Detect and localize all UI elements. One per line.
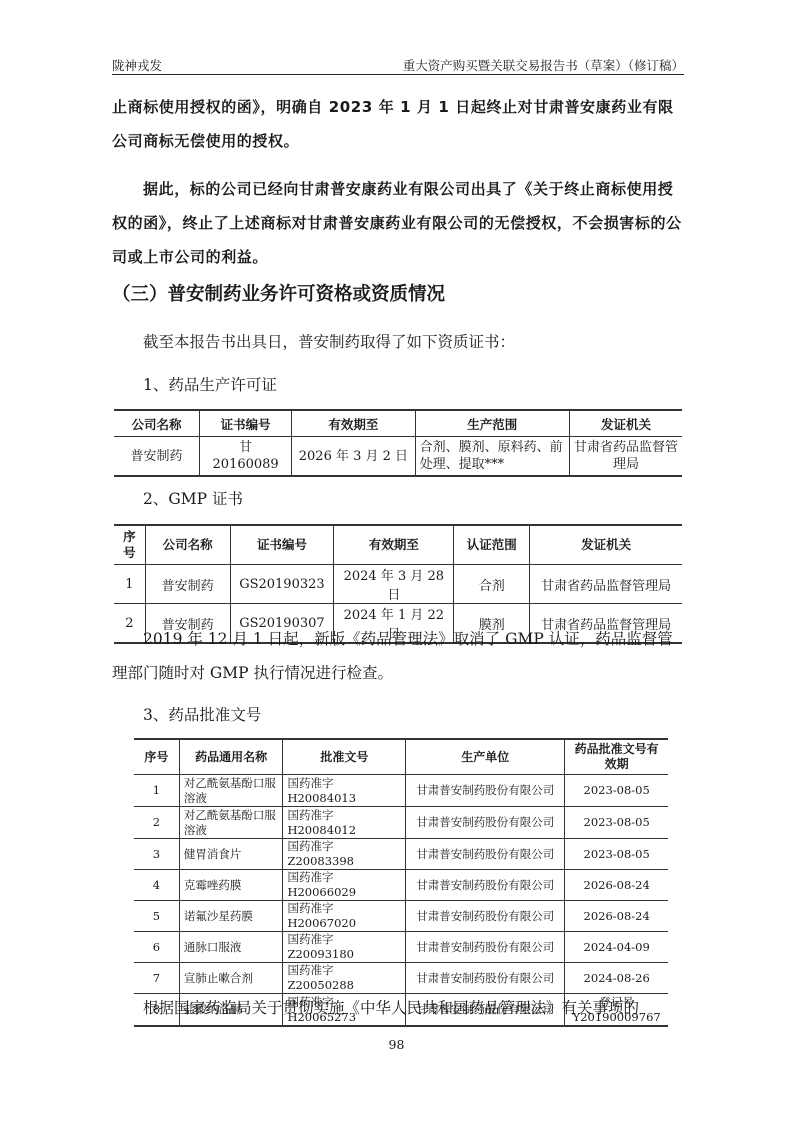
table-row: 5 诺氟沙星药膜 国药准字 H20067020 甘肃普安制药股份有限公司 202… (134, 901, 668, 932)
cell: 2024-04-09 (565, 932, 668, 963)
table-row: 1 对乙酰氨基酚口服溶液 国药准字 H20084013 甘肃普安制药股份有限公司… (134, 775, 668, 807)
cell: 合剂、膜剂、原料药、前处理、提取*** (415, 437, 569, 477)
col-header: 公司名称 (114, 410, 200, 437)
col-header: 生产单位 (406, 739, 565, 775)
col-header: 序号 (134, 739, 179, 775)
col-header: 证书编号 (200, 410, 292, 437)
cell: 诺氟沙星药膜 (179, 901, 283, 932)
subheading-production-license: 1、药品生产许可证 (143, 373, 277, 395)
table-row: 2 对乙酰氨基酚口服溶液 国药准字 H20084012 甘肃普安制药股份有限公司… (134, 807, 668, 839)
col-header: 生产范围 (415, 410, 569, 437)
cell: 1 (134, 775, 179, 807)
header-company: 陇神戎发 (112, 56, 162, 74)
cell: 甘肃普安制药股份有限公司 (406, 839, 565, 870)
col-header: 证书编号 (230, 525, 334, 565)
section-title: （三）普安制药业务许可资格或资质情况 (112, 280, 445, 306)
cell: 2 (134, 807, 179, 839)
cell: 甘 20160089 (200, 437, 292, 477)
cell: 国药准字 Z20093180 (283, 932, 406, 963)
table-header-row: 序号 公司名称 证书编号 有效期至 认证范围 发证机关 (114, 525, 682, 565)
cell: 2024-08-26 (565, 963, 668, 994)
cell: 对乙酰氨基酚口服溶液 (179, 775, 283, 807)
cell: 2023-08-05 (565, 775, 668, 807)
cell: GS20190323 (230, 565, 334, 604)
col-header: 认证范围 (454, 525, 530, 565)
cell: 宣肺止嗽合剂 (179, 963, 283, 994)
cell: 2023-08-05 (565, 807, 668, 839)
paragraph-conclusion: 据此，标的公司已经向甘肃普安康药业有限公司出具了《关于终止商标使用授权的函》，终… (112, 172, 684, 274)
table-row: 6 通脉口服液 国药准字 Z20093180 甘肃普安制药股份有限公司 2024… (134, 932, 668, 963)
paragraph-trademark-termination: 止商标使用授权的函》，明确自 2023 年 1 月 1 日起终止对甘肃普安康药业… (112, 90, 684, 158)
col-header: 批准文号 (283, 739, 406, 775)
cell: 5 (134, 901, 179, 932)
cell: 通脉口服液 (179, 932, 283, 963)
cell: 克霉唑药膜 (179, 870, 283, 901)
page-header: 陇神戎发 重大资产购买暨关联交易报告书（草案）（修订稿） (112, 52, 684, 75)
col-header: 发证机关 (530, 525, 682, 565)
table-row: 7 宣肺止嗽合剂 国药准字 Z20050288 甘肃普安制药股份有限公司 202… (134, 963, 668, 994)
header-document-title: 重大资产购买暨关联交易报告书（草案）（修订稿） (403, 56, 684, 74)
cell: 合剂 (454, 565, 530, 604)
cell: 国药准字 Z20050288 (283, 963, 406, 994)
cell: 甘肃普安制药股份有限公司 (406, 807, 565, 839)
subheading-gmp: 2、GMP 证书 (143, 487, 243, 509)
cell: 7 (134, 963, 179, 994)
cell: 甘肃普安制药股份有限公司 (406, 870, 565, 901)
cell: 2026 年 3 月 2 日 (292, 437, 415, 477)
col-header: 公司名称 (145, 525, 230, 565)
col-header: 发证机关 (570, 410, 683, 437)
table-header-row: 序号 药品通用名称 批准文号 生产单位 药品批准文号有效期 (134, 739, 668, 775)
cell: 4 (134, 870, 179, 901)
col-header: 有效期至 (292, 410, 415, 437)
cell: 2023-08-05 (565, 839, 668, 870)
cell: 甘肃省药品监督管理局 (570, 437, 683, 477)
production-license-table: 公司名称 证书编号 有效期至 生产范围 发证机关 普安制药 甘 20160089… (114, 409, 682, 477)
cell: 1 (114, 565, 145, 604)
gmp-note: 2019 年 12 月 1 日起，新版《药品管理法》取消了 GMP 认证，药品监… (112, 622, 684, 690)
cell: 甘肃普安制药股份有限公司 (406, 932, 565, 963)
cell: 2026-08-24 (565, 870, 668, 901)
cell: 甘肃省药品监督管理局 (530, 565, 682, 604)
cell: 普安制药 (114, 437, 200, 477)
col-header: 药品通用名称 (179, 739, 283, 775)
table-row: 3 健胃消食片 国药准字 Z20083398 甘肃普安制药股份有限公司 2023… (134, 839, 668, 870)
cell: 国药准字 H20084012 (283, 807, 406, 839)
cell: 国药准字 Z20083398 (283, 839, 406, 870)
cell: 国药准字 H20084013 (283, 775, 406, 807)
cell: 2026-08-24 (565, 901, 668, 932)
cell: 3 (134, 839, 179, 870)
cell: 国药准字 H20067020 (283, 901, 406, 932)
cell: 国药准字 H20066029 (283, 870, 406, 901)
cell: 健胃消食片 (179, 839, 283, 870)
closing-paragraph: 根据国家药监局关于贯彻实施《中华人民共和国药品管理法》有关事项的 (143, 996, 639, 1018)
cell: 甘肃普安制药股份有限公司 (406, 901, 565, 932)
cell: 甘肃普安制药股份有限公司 (406, 775, 565, 807)
table-header-row: 公司名称 证书编号 有效期至 生产范围 发证机关 (114, 410, 682, 437)
cell: 6 (134, 932, 179, 963)
subheading-approval-numbers: 3、药品批准文号 (143, 703, 261, 725)
col-header: 序号 (114, 525, 145, 565)
table-row: 普安制药 甘 20160089 2026 年 3 月 2 日 合剂、膜剂、原料药… (114, 437, 682, 477)
intro-text: 截至本报告书出具日，普安制药取得了如下资质证书： (143, 330, 515, 352)
approval-number-table: 序号 药品通用名称 批准文号 生产单位 药品批准文号有效期 1 对乙酰氨基酚口服… (134, 738, 668, 1027)
cell: 普安制药 (145, 565, 230, 604)
col-header: 药品批准文号有效期 (565, 739, 668, 775)
page-number: 98 (0, 1037, 793, 1052)
col-header: 有效期至 (334, 525, 454, 565)
cell: 对乙酰氨基酚口服溶液 (179, 807, 283, 839)
table-row: 4 克霉唑药膜 国药准字 H20066029 甘肃普安制药股份有限公司 2026… (134, 870, 668, 901)
cell: 甘肃普安制药股份有限公司 (406, 963, 565, 994)
cell: 2024 年 3 月 28 日 (334, 565, 454, 604)
table-row: 1 普安制药 GS20190323 2024 年 3 月 28 日 合剂 甘肃省… (114, 565, 682, 604)
